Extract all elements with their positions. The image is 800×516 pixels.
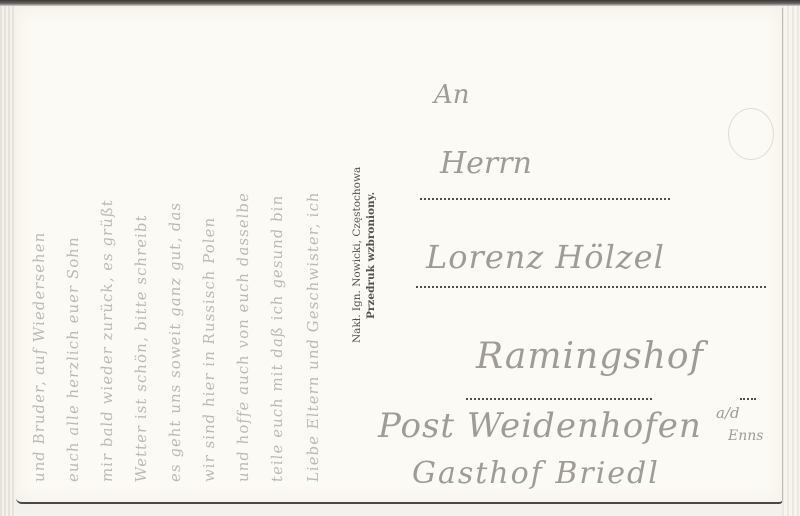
address-recipient: Lorenz Hölzel: [426, 238, 665, 276]
address-post-office: Post Weidenhofen: [378, 406, 702, 446]
address-annotation-top: a/d: [716, 404, 740, 422]
handwritten-message: und Bruder, auf Wiedersehen euch alle he…: [22, 12, 340, 492]
message-line: es geht uns soweit ganz gut, das: [166, 21, 186, 483]
scan-right-edge: [782, 6, 800, 516]
message-line: mir bald wieder zurück, es grüßt: [98, 21, 118, 483]
address-inn: Gasthof Briedl: [412, 456, 660, 491]
postcard-back: und Bruder, auf Wiedersehen euch alle he…: [16, 8, 783, 504]
address-title: Herrn: [440, 146, 532, 181]
address-annotation-bottom: Enns: [728, 428, 763, 444]
faded-stamp-mark: [728, 108, 774, 160]
message-line: teile euch mit daß ich gesund bin: [268, 21, 288, 483]
message-line: Wetter ist schön, bitte schreibt: [132, 21, 152, 483]
address-line-2: [416, 286, 766, 288]
address-line-3-end: [740, 398, 756, 400]
message-line: und hoffe auch von euch dasselbe: [234, 21, 254, 483]
address-line-3: [466, 398, 652, 400]
postcard-scan: und Bruder, auf Wiedersehen euch alle he…: [0, 0, 800, 516]
scan-left-edge: [0, 6, 16, 516]
address-line-1: [420, 198, 670, 200]
address-block: An Herrn Lorenz Hölzel Ramingshof Post W…: [356, 68, 776, 498]
message-line: und Bruder, auf Wiedersehen: [30, 21, 50, 483]
address-place: Ramingshof: [476, 336, 704, 377]
scan-top-edge: [0, 0, 800, 6]
message-line: Liebe Eltern und Geschwister, ich: [304, 21, 324, 483]
address-salutation: An: [434, 80, 470, 110]
message-line: euch alle herzlich euer Sohn: [64, 21, 84, 483]
message-line: wir sind hier in Russisch Polen: [200, 21, 220, 483]
